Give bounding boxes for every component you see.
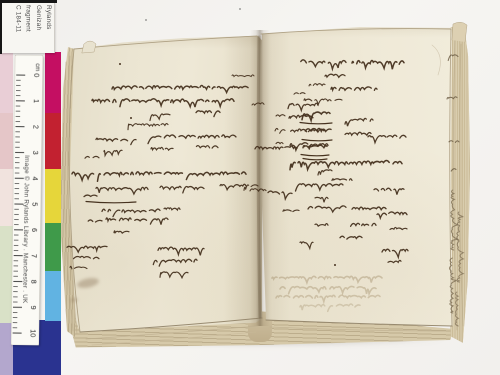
sum-underline	[86, 202, 136, 203]
handwriting-stroke	[296, 184, 344, 191]
corner-label-line: fragment	[22, 5, 32, 51]
sum-underline	[303, 159, 327, 160]
sum-underline	[301, 155, 329, 156]
ruler-number: 7	[30, 254, 39, 258]
corner-label: Rylands Genizah fragment C 184-11	[1, 3, 55, 53]
photo-edge-left	[0, 0, 2, 54]
ruler-number: 6	[30, 228, 39, 232]
handwriting-stroke	[331, 87, 377, 90]
handwriting-stroke	[88, 220, 102, 222]
handwriting-stroke	[300, 242, 313, 249]
handwriting-stroke	[160, 272, 188, 278]
handwriting-stroke	[315, 197, 328, 202]
handwriting-stroke	[74, 256, 100, 258]
background-speck	[239, 8, 241, 10]
color-swatch-pale-rose	[0, 52, 13, 113]
ruler-number: 9	[29, 305, 38, 309]
ink-dot	[119, 63, 121, 65]
handwriting-stroke	[276, 295, 380, 301]
handwriting-stroke	[220, 184, 246, 189]
handwriting-stroke	[315, 224, 328, 226]
ruler-number: 0	[32, 73, 41, 77]
handwriting-stroke	[232, 75, 254, 77]
handwriting-stroke	[283, 210, 299, 212]
color-swatch-magenta	[45, 52, 61, 113]
color-swatch-pale-blush	[0, 169, 13, 226]
handwriting-stroke	[374, 188, 404, 194]
color-swatch-sky-blue	[45, 271, 61, 321]
handwriting-stroke	[301, 60, 346, 69]
handwriting-stroke	[294, 93, 305, 94]
handwriting-stroke	[377, 212, 407, 218]
handwriting-stroke	[92, 99, 234, 107]
ink-dot	[130, 117, 132, 119]
handwriting-stroke	[272, 276, 382, 282]
handwriting-stroke	[128, 124, 168, 130]
ruler-number: 4	[31, 176, 40, 180]
handwriting-stroke	[106, 218, 168, 225]
handwriting-stroke	[164, 208, 180, 210]
handwriting-stroke	[382, 249, 408, 257]
handwriting-stroke	[368, 135, 406, 142]
sum-underline	[302, 140, 332, 141]
handwriting-stroke	[67, 246, 107, 252]
handwriting-stroke	[351, 223, 376, 226]
handwriting-stroke	[304, 99, 342, 105]
handwriting-stroke	[448, 169, 456, 171]
handwriting-stroke	[325, 74, 345, 77]
ruler-number: 3	[31, 151, 40, 155]
handwriting-stroke	[268, 191, 292, 199]
color-swatch-red	[45, 113, 61, 169]
handwriting-stroke	[104, 150, 122, 155]
handwriting-stroke	[345, 118, 373, 126]
handwriting-stroke	[352, 60, 404, 69]
color-swatch-pale-pink	[0, 113, 13, 169]
page-stain	[70, 298, 78, 303]
handwriting-stroke	[158, 247, 204, 255]
handwriting-stroke	[96, 187, 148, 194]
handwriting-stroke	[448, 55, 458, 61]
color-bar-main	[45, 52, 61, 375]
handwriting-stroke	[85, 156, 99, 158]
handwriting-stroke	[309, 84, 325, 86]
handwriting-stroke	[276, 115, 285, 117]
ink-dot	[334, 264, 336, 266]
ruler-number: 1	[32, 99, 41, 103]
handwriting-stroke	[150, 114, 170, 120]
handwriting-stroke	[275, 128, 285, 133]
ruler-number: 8	[29, 280, 38, 284]
handwriting-stroke	[340, 236, 362, 239]
handwriting-stroke	[102, 209, 160, 217]
corner-label-line: C 184-11	[12, 5, 22, 51]
handwriting-stroke	[151, 147, 173, 150]
handwriting-stroke	[148, 135, 236, 144]
handwriting-stroke	[447, 97, 457, 99]
handwriting-stroke	[196, 146, 218, 149]
ink-svg	[0, 0, 500, 375]
handwriting-stroke	[112, 85, 248, 92]
handwriting-stroke	[345, 132, 371, 135]
handwriting-stroke	[160, 186, 204, 193]
handwriting-stroke	[84, 195, 97, 197]
handwriting-stroke	[308, 206, 346, 212]
color-swatch-green	[45, 223, 61, 271]
handwriting-stroke	[332, 179, 352, 181]
handwriting-stroke	[114, 231, 129, 233]
page-outlines	[64, 22, 467, 345]
handwriting-stroke	[276, 142, 283, 143]
handwriting-stroke	[72, 172, 246, 181]
corner-label-line: Genizah	[33, 5, 43, 51]
corner-label-line: Rylands	[43, 5, 53, 51]
handwriting-stroke	[449, 141, 459, 143]
color-swatch-navy-blue	[45, 321, 61, 375]
handwriting-stroke	[390, 227, 407, 229]
color-swatch-yellow	[45, 169, 61, 223]
sum-underline	[300, 123, 332, 124]
handwriting-stroke	[388, 260, 401, 262]
ruler-unit-label: cm	[34, 63, 40, 71]
handwriting-stroke	[290, 160, 402, 169]
page-stain	[76, 276, 99, 289]
ruler-number: 2	[31, 125, 40, 129]
handwriting-stroke	[303, 145, 327, 148]
handwriting-stroke	[300, 304, 360, 311]
photo-edge-top	[0, 0, 57, 3]
background-speck	[145, 19, 147, 21]
handwriting-stroke	[318, 170, 332, 175]
handwriting-stroke	[280, 286, 376, 293]
handwriting-stroke	[196, 111, 220, 117]
handwriting-stroke	[70, 266, 87, 269]
handwriting-stroke	[255, 146, 297, 149]
handwriting-right	[250, 60, 408, 312]
ruler: cm Image © John Rylands Library . Manche…	[11, 55, 43, 345]
handwriting-stroke	[153, 259, 197, 266]
handwriting-left	[67, 75, 258, 278]
manuscript-photo-scene: cm Image © John Rylands Library . Manche…	[0, 0, 500, 375]
handwriting-stroke	[96, 138, 136, 144]
ruler-number: 10	[29, 329, 38, 337]
handwriting-stroke	[288, 103, 318, 110]
handwriting-stroke	[352, 207, 386, 210]
ruler-number: 5	[30, 202, 39, 206]
